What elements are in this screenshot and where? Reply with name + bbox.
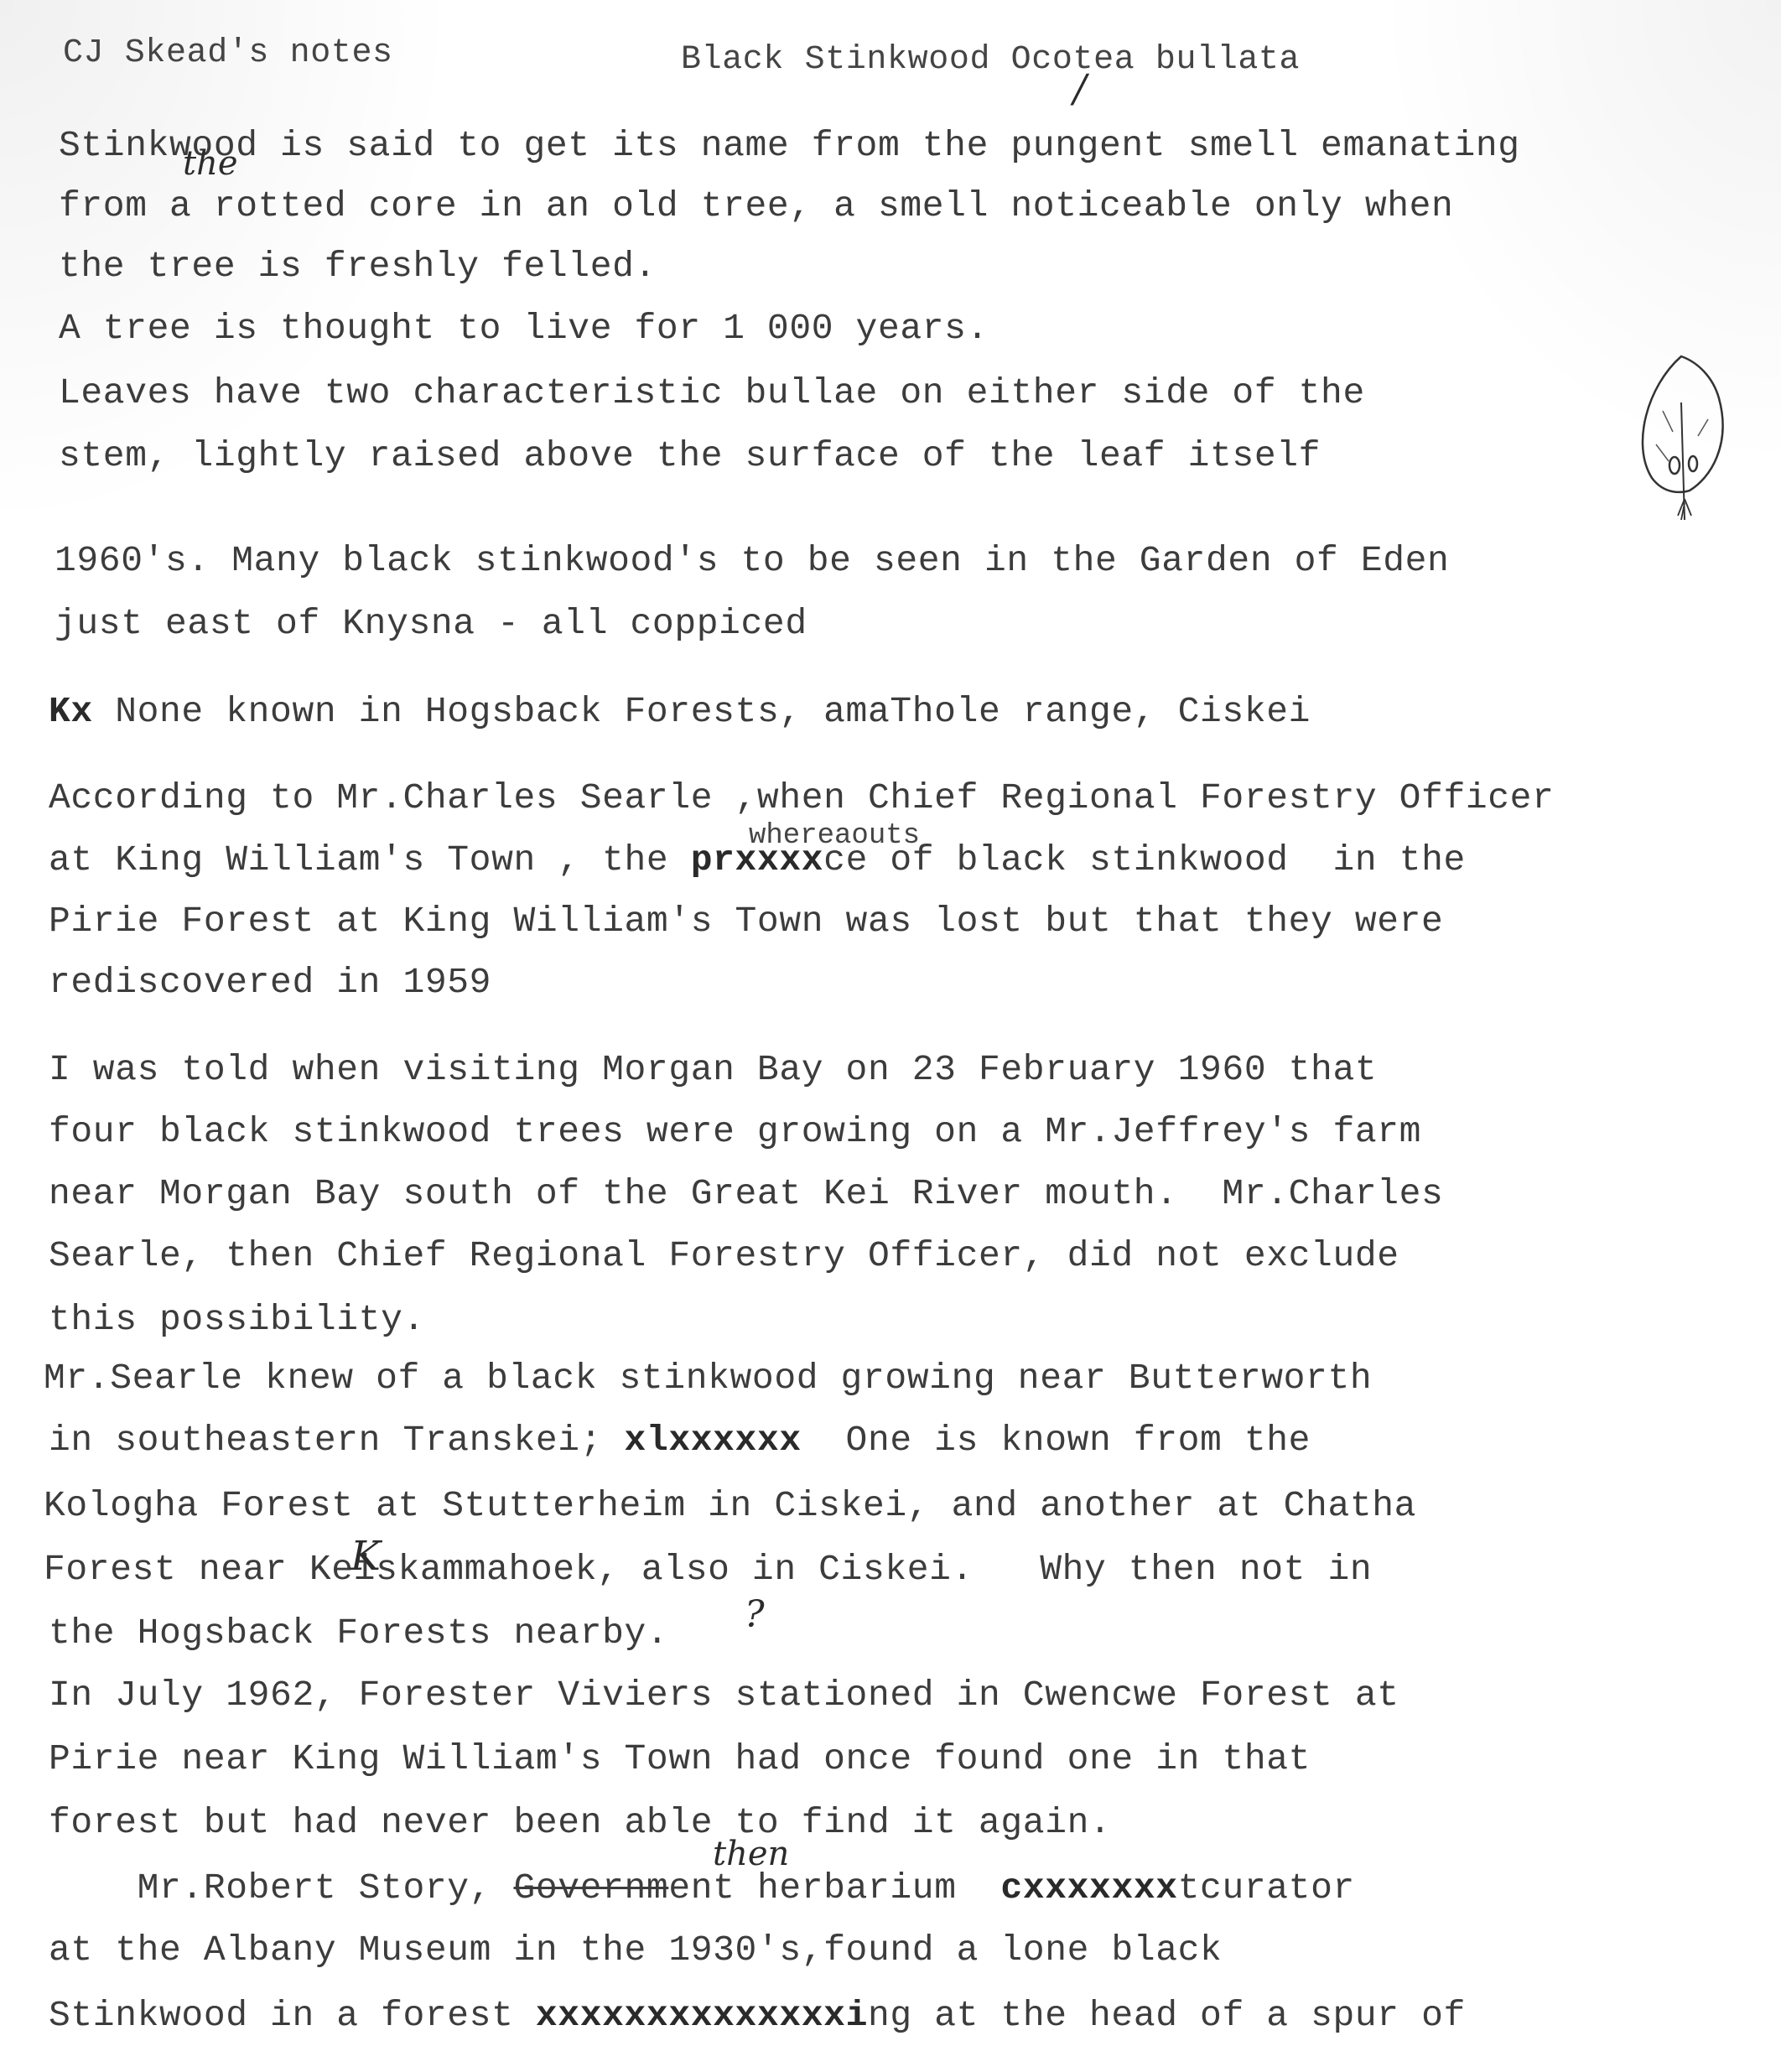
p6-line-2: at King William's Town , the prxxxxce of… [49, 840, 1466, 880]
handwritten-the: the [183, 144, 238, 183]
p1-line-3: the tree is freshly felled. [59, 247, 657, 287]
p8-line-1: Mr.Searle knew of a black stinkwood grow… [44, 1358, 1372, 1399]
p4-line-2: just east of Knysna - all coppiced [55, 604, 807, 644]
common-name: Black Stinkwood [681, 41, 990, 79]
p10-l1-start: Mr.Robert Story, [49, 1867, 514, 1908]
p2-line: A tree is thought to live for 1 000 year… [59, 309, 989, 349]
p3-line-2: stem, lightly raised above the surface o… [59, 436, 1321, 476]
p10-line-2: at the Albany Museum in the 1930's,found… [49, 1930, 1222, 1971]
p10-l3-end: ng at the head of a spur of [868, 1995, 1466, 2036]
p7-line-5: this possibility. [49, 1300, 425, 1340]
p4-line-1: 1960's. Many black stinkwood's to be see… [55, 541, 1449, 581]
p7-line-3: near Morgan Bay south of the Great Kei R… [49, 1174, 1443, 1214]
p10-l3-start: Stinkwood in a forest [49, 1995, 536, 2036]
p8-line-5: the Hogsback Forests nearby. [49, 1613, 668, 1654]
p1-line-1: Stinkwood is said to get its name from t… [59, 126, 1520, 166]
p5-text: None known in Hogsback Forests, amaThole… [93, 691, 1311, 732]
p6-l2-end: ce of black stinkwood in the [823, 839, 1466, 880]
p9-line-3: forest but had never been able to find i… [49, 1803, 1111, 1843]
struck-text: cxxxxxxx [1000, 1867, 1177, 1908]
p8-l2-end: One is known from the [802, 1420, 1311, 1461]
p3-line-1: Leaves have two characteristic bullae on… [59, 373, 1365, 413]
p1-line-2: from a rotted core in an old tree, a sme… [59, 186, 1453, 226]
p7-line-2: four black stinkwood trees were growing … [49, 1112, 1421, 1152]
p8-l2-start: in southeastern Transkei; [49, 1420, 625, 1461]
handwritten-question-mark: ? [745, 1593, 765, 1636]
struck-text: prxxxx [691, 839, 823, 880]
p10-line-1: Mr.Robert Story, Government herbarium cx… [49, 1868, 1355, 1908]
p6-line-1: According to Mr.Charles Searle ,when Chi… [49, 778, 1555, 818]
p6-l2-start: at King William's Town , the [49, 839, 691, 880]
p6-line-3: Pirie Forest at King William's Town was … [49, 901, 1443, 942]
p8-line-3: Kologha Forest at Stutterheim in Ciskei,… [44, 1486, 1416, 1526]
p8-line-4: Forest near Keiskammahoek, also in Ciske… [44, 1550, 1372, 1590]
p7-line-4: Searle, then Chief Regional Forestry Off… [49, 1236, 1399, 1276]
p5-line: Kx None known in Hogsback Forests, amaTh… [49, 692, 1311, 732]
leaf-sketch-icon [1631, 352, 1740, 528]
p7-line-1: I was told when visiting Morgan Bay on 2… [49, 1050, 1377, 1090]
p9-line-2: Pirie near King William's Town had once … [49, 1739, 1311, 1779]
p10-line-3: Stinkwood in a forest xxxxxxxxxxxxxxing … [49, 1996, 1466, 2036]
struck-text: Kx [49, 691, 93, 732]
slash-mark: / [1073, 65, 1087, 111]
author-label: CJ Skead's notes [63, 34, 393, 74]
struck-text: xxxxxxxxxxxxxxi [536, 1995, 868, 2036]
p8-line-2: in southeastern Transkei; xlxxxxxx One i… [49, 1420, 1311, 1461]
p9-line-1: In July 1962, Forester Viviers stationed… [49, 1675, 1399, 1716]
handwritten-k: K [350, 1533, 381, 1580]
p10-l1-end: tcurator [1178, 1867, 1355, 1908]
p6-line-4: rediscovered in 1959 [49, 963, 491, 1003]
scientific-name: Ocotea bullata [1011, 41, 1300, 79]
struck-government: Governm [514, 1867, 669, 1908]
p10-l1-mid: ent herbarium [668, 1867, 1000, 1908]
document-title: Black Stinkwood Ocotea bullata [681, 40, 1300, 80]
struck-text: xlxxxxxx [625, 1420, 802, 1461]
